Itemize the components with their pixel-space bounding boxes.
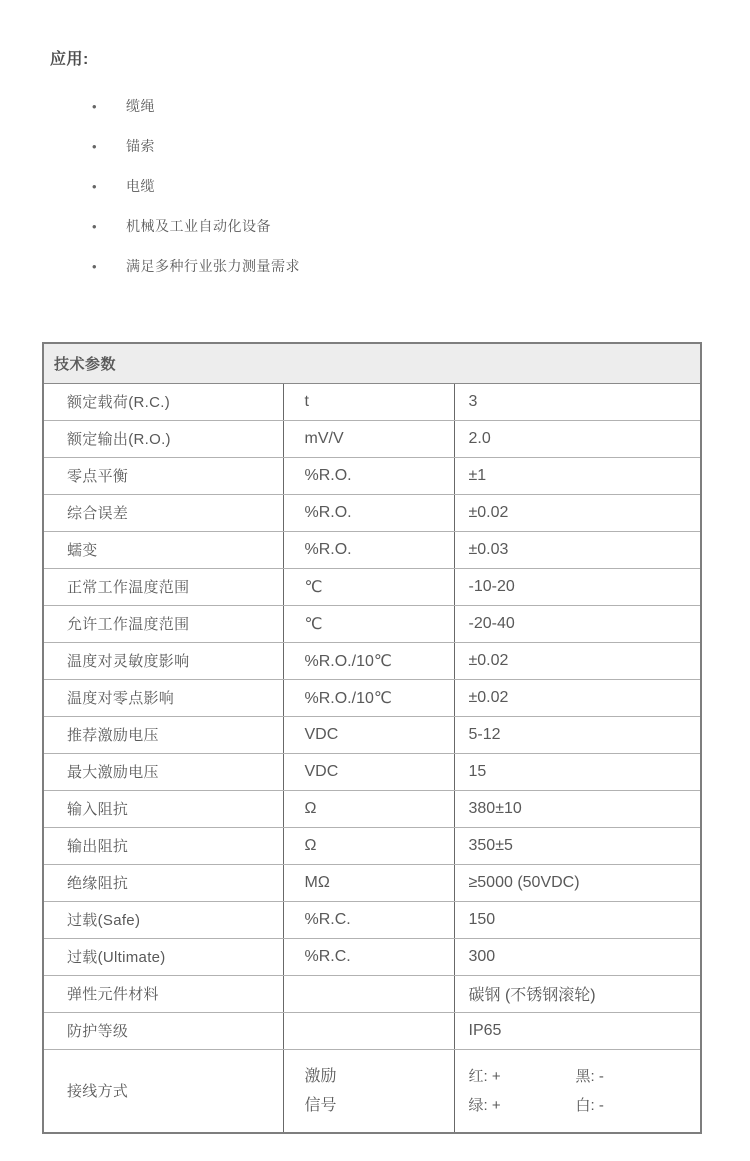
param-value-cell: 红: +黑: -绿: +白: - (454, 1049, 701, 1133)
param-unit-cell: Ω (283, 790, 454, 827)
spec-row: 推荐激励电压VDC5-12 (43, 716, 701, 753)
param-name-cell: 输出阻抗 (43, 827, 283, 864)
spec-row: 蠕变%R.O.±0.03 (43, 531, 701, 568)
spec-row: 输出阻抗Ω350±5 (43, 827, 701, 864)
wire-label: 黑: - (576, 1062, 604, 1091)
param-name-cell: 额定输出(R.O.) (43, 420, 283, 457)
param-value-cell: ±1 (454, 457, 701, 494)
value-line: 红: +黑: - (469, 1062, 700, 1091)
applications-list: •缆绳•锚索•电缆•机械及工业自动化设备•满足多种行业张力测量需求 (50, 86, 300, 286)
spec-row: 额定载荷(R.C.)t3 (43, 383, 701, 420)
param-value-cell: 5-12 (454, 716, 701, 753)
bullet-icon: • (92, 220, 126, 233)
spec-row: 温度对灵敏度影响%R.O./10℃±0.02 (43, 642, 701, 679)
spec-table: 技术参数 额定载荷(R.C.)t3额定输出(R.O.)mV/V2.0零点平衡%R… (42, 342, 702, 1134)
bullet-icon: • (92, 100, 126, 113)
param-value-cell: ±0.02 (454, 679, 701, 716)
spec-table-body: 技术参数 额定载荷(R.C.)t3额定输出(R.O.)mV/V2.0零点平衡%R… (43, 343, 701, 1133)
param-name-cell: 允许工作温度范围 (43, 605, 283, 642)
param-unit-cell: %R.O./10℃ (283, 642, 454, 679)
spec-row: 弹性元件材料碳钢 (不锈钢滚轮) (43, 975, 701, 1012)
application-item: •满足多种行业张力测量需求 (50, 246, 300, 286)
param-name-cell: 零点平衡 (43, 457, 283, 494)
param-unit-cell: %R.C. (283, 901, 454, 938)
application-item: •机械及工业自动化设备 (50, 206, 300, 246)
param-unit-cell: MΩ (283, 864, 454, 901)
application-item-label: 缆绳 (126, 96, 155, 116)
param-unit-cell: Ω (283, 827, 454, 864)
param-value-cell: 350±5 (454, 827, 701, 864)
wire-label: 绿: + (469, 1091, 576, 1120)
spec-row: 绝缘阻抗MΩ≥5000 (50VDC) (43, 864, 701, 901)
param-unit-cell: %R.C. (283, 938, 454, 975)
param-value-cell: -10-20 (454, 568, 701, 605)
spec-row: 零点平衡%R.O.±1 (43, 457, 701, 494)
unit-line: 激励 (305, 1062, 453, 1091)
spec-row: 接线方式激励信号红: +黑: -绿: +白: - (43, 1049, 701, 1133)
param-name-cell: 防护等级 (43, 1012, 283, 1049)
param-unit-cell: 激励信号 (283, 1049, 454, 1133)
application-item-label: 机械及工业自动化设备 (126, 216, 271, 236)
param-unit-cell: mV/V (283, 420, 454, 457)
param-name-cell: 推荐激励电压 (43, 716, 283, 753)
param-unit-cell: %R.O. (283, 494, 454, 531)
param-name-cell: 最大激励电压 (43, 753, 283, 790)
spec-table-title: 技术参数 (43, 343, 701, 383)
application-item: •缆绳 (50, 86, 300, 126)
param-name-cell: 额定载荷(R.C.) (43, 383, 283, 420)
param-value-cell: 150 (454, 901, 701, 938)
param-name-cell: 弹性元件材料 (43, 975, 283, 1012)
spec-row: 温度对零点影响%R.O./10℃±0.02 (43, 679, 701, 716)
param-value-cell: 300 (454, 938, 701, 975)
param-value-cell: 3 (454, 383, 701, 420)
param-value-cell: ±0.02 (454, 494, 701, 531)
param-name-cell: 综合误差 (43, 494, 283, 531)
param-unit-cell: %R.O. (283, 457, 454, 494)
spec-row: 最大激励电压VDC15 (43, 753, 701, 790)
bullet-icon: • (92, 260, 126, 273)
spec-row: 允许工作温度范围℃-20-40 (43, 605, 701, 642)
page: 应用: •缆绳•锚索•电缆•机械及工业自动化设备•满足多种行业张力测量需求 技术… (0, 0, 750, 1161)
application-item-label: 电缆 (126, 176, 155, 196)
param-value-cell: ±0.02 (454, 642, 701, 679)
param-value-cell: ≥5000 (50VDC) (454, 864, 701, 901)
param-name-cell: 正常工作温度范围 (43, 568, 283, 605)
applications-section: 应用: •缆绳•锚索•电缆•机械及工业自动化设备•满足多种行业张力测量需求 (50, 46, 300, 286)
param-value-cell: 380±10 (454, 790, 701, 827)
param-name-cell: 蠕变 (43, 531, 283, 568)
param-name-cell: 过载(Safe) (43, 901, 283, 938)
unit-line: 信号 (305, 1091, 453, 1120)
param-unit-cell: ℃ (283, 568, 454, 605)
param-unit-cell: VDC (283, 753, 454, 790)
param-unit-cell (283, 1012, 454, 1049)
spec-row: 防护等级IP65 (43, 1012, 701, 1049)
param-value-cell: 15 (454, 753, 701, 790)
spec-row: 正常工作温度范围℃-10-20 (43, 568, 701, 605)
wire-label: 白: - (576, 1091, 604, 1120)
application-item-label: 满足多种行业张力测量需求 (126, 256, 300, 276)
param-value-cell: IP65 (454, 1012, 701, 1049)
spec-row: 过载(Ultimate)%R.C.300 (43, 938, 701, 975)
spec-row: 过载(Safe)%R.C.150 (43, 901, 701, 938)
value-line: 绿: +白: - (469, 1091, 700, 1120)
param-unit-cell: VDC (283, 716, 454, 753)
param-name-cell: 过载(Ultimate) (43, 938, 283, 975)
param-name-cell: 温度对灵敏度影响 (43, 642, 283, 679)
param-value-cell: 2.0 (454, 420, 701, 457)
applications-heading: 应用: (50, 46, 300, 69)
param-name-cell: 温度对零点影响 (43, 679, 283, 716)
application-item-label: 锚索 (126, 136, 155, 156)
param-unit-cell: ℃ (283, 605, 454, 642)
param-unit-cell (283, 975, 454, 1012)
spec-row: 综合误差%R.O.±0.02 (43, 494, 701, 531)
spec-row: 输入阻抗Ω380±10 (43, 790, 701, 827)
application-item: •锚索 (50, 126, 300, 166)
spec-row: 额定输出(R.O.)mV/V2.0 (43, 420, 701, 457)
param-name-cell: 接线方式 (43, 1049, 283, 1133)
application-item: •电缆 (50, 166, 300, 206)
param-name-cell: 输入阻抗 (43, 790, 283, 827)
param-unit-cell: t (283, 383, 454, 420)
param-value-cell: -20-40 (454, 605, 701, 642)
param-value-cell: ±0.03 (454, 531, 701, 568)
param-value-cell: 碳钢 (不锈钢滚轮) (454, 975, 701, 1012)
bullet-icon: • (92, 140, 126, 153)
param-unit-cell: %R.O. (283, 531, 454, 568)
param-name-cell: 绝缘阻抗 (43, 864, 283, 901)
bullet-icon: • (92, 180, 126, 193)
spec-table-header-row: 技术参数 (43, 343, 701, 383)
wire-label: 红: + (469, 1062, 576, 1091)
param-unit-cell: %R.O./10℃ (283, 679, 454, 716)
